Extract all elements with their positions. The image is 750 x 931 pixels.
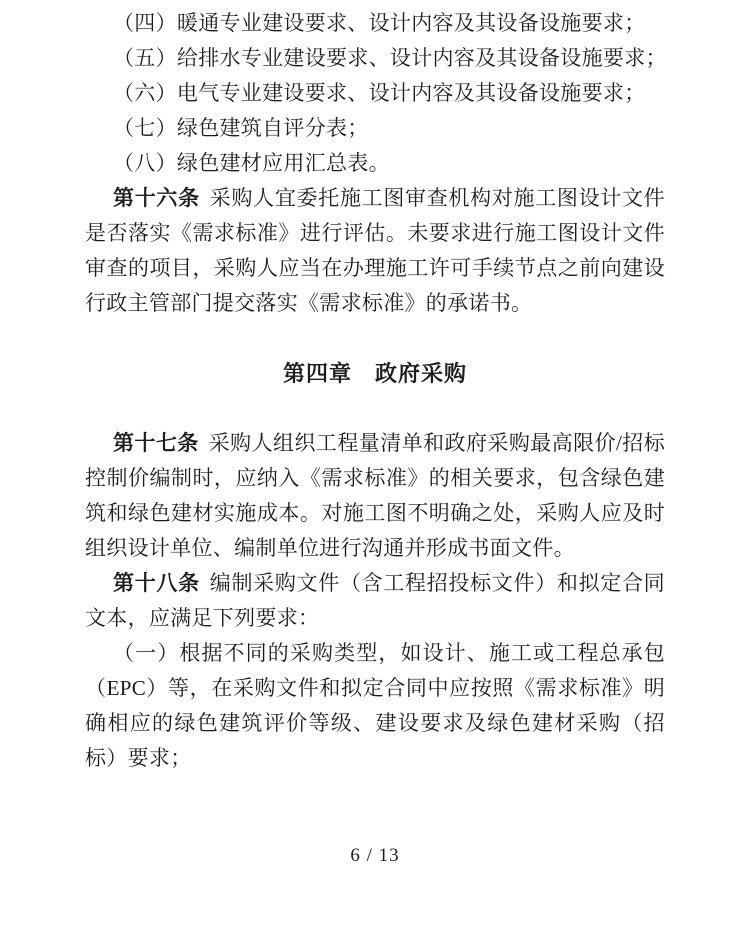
clause-list: （四）暖通专业建设要求、设计内容及其设备设施要求； （五）给排水专业建设要求、设… bbox=[85, 6, 665, 181]
list-item: （四）暖通专业建设要求、设计内容及其设备设施要求； bbox=[85, 6, 665, 41]
article-18-paragraph: 第十八条编制采购文件（含工程招投标文件）和拟定合同文本，应满足下列要求： bbox=[85, 566, 665, 636]
sub-item-1-paragraph: （一）根据不同的采购类型，如设计、施工或工程总承包（EPC）等，在采购文件和拟定… bbox=[85, 636, 665, 776]
article-16-label: 第十六条 bbox=[113, 186, 200, 210]
article-18-label: 第十八条 bbox=[113, 571, 200, 595]
list-item: （五）给排水专业建设要求、设计内容及其设备设施要求； bbox=[85, 41, 665, 76]
article-17-paragraph: 第十七条采购人组织工程量清单和政府采购最高限价/招标控制价编制时，应纳入《需求标… bbox=[85, 426, 665, 566]
document-page: （四）暖通专业建设要求、设计内容及其设备设施要求； （五）给排水专业建设要求、设… bbox=[0, 0, 750, 931]
chapter-heading: 第四章 政府采购 bbox=[85, 356, 665, 391]
page-number: 6 / 13 bbox=[85, 844, 665, 868]
list-item: （八）绿色建材应用汇总表。 bbox=[85, 146, 665, 181]
article-17-label: 第十七条 bbox=[113, 431, 199, 455]
list-item: （七）绿色建筑自评分表； bbox=[85, 111, 665, 146]
list-item: （六）电气专业建设要求、设计内容及其设备设施要求； bbox=[85, 76, 665, 111]
article-16-paragraph: 第十六条采购人宜委托施工图审查机构对施工图设计文件是否落实《需求标准》进行评估。… bbox=[85, 181, 665, 321]
